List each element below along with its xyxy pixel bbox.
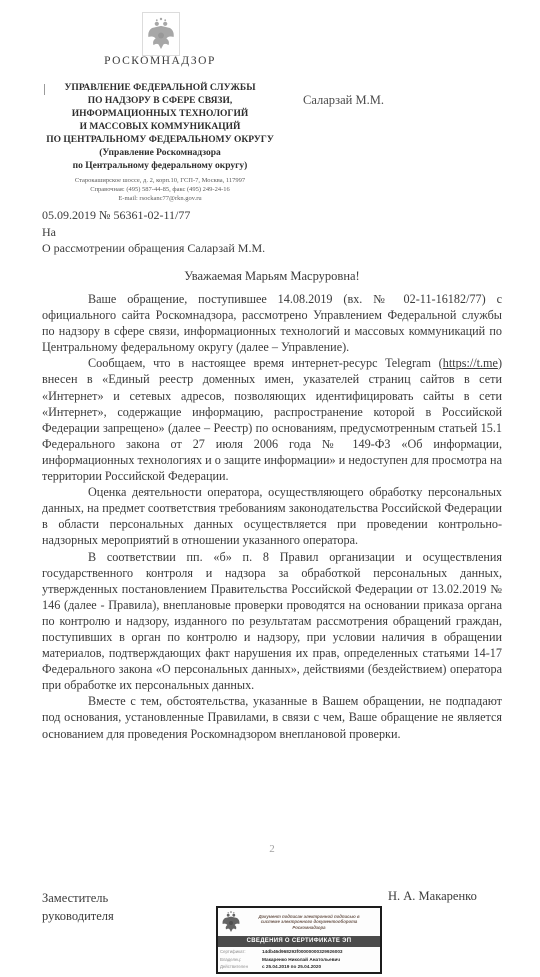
- address-line: Справочная: (495) 587-44-85, факс (495) …: [28, 185, 292, 194]
- department-line: ИНФОРМАЦИОННЫХ ТЕХНОЛОГИЙ: [28, 108, 292, 121]
- department-line: ПО НАДЗОРУ В СФЕРЕ СВЯЗИ,: [28, 95, 292, 108]
- stamp-row-value: 14db46d968293f00000000329926003: [262, 949, 378, 954]
- coat-of-arms-icon: [142, 12, 180, 56]
- address-line: E-mail: rsockanc77@rkn.gov.ru: [28, 194, 292, 203]
- department-line: ПО ЦЕНТРАЛЬНОМУ ФЕДЕРАЛЬНОМУ ОКРУГУ: [28, 134, 292, 147]
- signer-position: Заместитель руководителя: [42, 889, 114, 925]
- letter-body: Ваше обращение, поступившее 14.08.2019 (…: [42, 291, 502, 742]
- digital-signature-stamp: Документ подписан электронной подписью в…: [216, 906, 382, 974]
- agency-name: РОСКОМНАДЗОР: [35, 55, 285, 67]
- stamp-row-certificate: Сертификат: 14db46d968293f00000000329926…: [220, 948, 378, 956]
- stamp-row-validity: Действителен с 25.04.2019 по 25.04.2020: [220, 963, 378, 971]
- department-block: УПРАВЛЕНИЕ ФЕДЕРАЛЬНОЙ СЛУЖБЫ ПО НАДЗОРУ…: [28, 82, 292, 173]
- stamp-row-value: Макаренко Николай Анатольевич: [262, 957, 378, 962]
- stamp-row-owner: Владелец: Макаренко Николай Анатольевич: [220, 956, 378, 964]
- paragraph-text: ) внесен в «Единый реестр доменных имен,…: [42, 356, 502, 483]
- stamp-row-value: с 25.04.2019 по 25.04.2020: [262, 964, 378, 969]
- address-line: Старокаширское шоссе, д. 2, корп.10, ГСП…: [28, 176, 292, 185]
- page-number: 2: [42, 843, 502, 855]
- signer-position-line: Заместитель: [42, 889, 114, 907]
- stamp-coat-of-arms-icon: [221, 911, 241, 933]
- stamp-header-line: Роскомнадзора: [241, 925, 377, 930]
- stamp-header-text: Документ подписан электронной подписью в…: [241, 914, 377, 930]
- paragraph-text: Сообщаем, что в настоящее время интернет…: [88, 356, 443, 370]
- reply-to-line: На: [42, 224, 265, 241]
- stamp-band-title: СВЕДЕНИЯ О СЕРТИФИКАТЕ ЭП: [218, 936, 380, 947]
- recipient-name: Саларзай М.М.: [303, 93, 384, 108]
- department-line: (Управление Роскомнадзора: [28, 147, 292, 160]
- signer-name: Н. А. Макаренко: [388, 889, 502, 904]
- reference-block: 05.09.2019 № 56361-02-11/77 На О рассмот…: [42, 207, 265, 257]
- signer-position-line: руководителя: [42, 907, 114, 925]
- address-block: Старокаширское шоссе, д. 2, корп.10, ГСП…: [28, 176, 292, 203]
- salutation: Уважаемая Марьям Масруровна!: [42, 269, 502, 284]
- paragraph: Ваше обращение, поступившее 14.08.2019 (…: [42, 291, 502, 355]
- stamp-header-line: системе электронного документооборота: [241, 919, 377, 924]
- stamp-certificate-table: Сертификат: 14db46d968293f00000000329926…: [218, 947, 380, 972]
- telegram-url-link: https://t.me: [443, 356, 498, 370]
- stamp-row-label: Сертификат:: [220, 949, 262, 954]
- scanned-letter-page: РОСКОМНАДЗОР УПРАВЛЕНИЕ ФЕДЕРАЛЬНОЙ СЛУЖ…: [0, 0, 540, 977]
- department-line: УПРАВЛЕНИЕ ФЕДЕРАЛЬНОЙ СЛУЖБЫ: [28, 82, 292, 95]
- department-line: И МАССОВЫХ КОММУНИКАЦИЙ: [28, 121, 292, 134]
- paragraph: Сообщаем, что в настоящее время интернет…: [42, 355, 502, 484]
- stamp-row-label: Действителен: [220, 964, 262, 969]
- stamp-row-label: Владелец:: [220, 957, 262, 962]
- stamp-header: Документ подписан электронной подписью в…: [218, 908, 380, 936]
- paragraph: Оценка деятельности оператора, осуществл…: [42, 484, 502, 548]
- paragraph: В соответствии пп. «б» п. 8 Правил орган…: [42, 549, 502, 694]
- letter-date-number: 05.09.2019 № 56361-02-11/77: [42, 207, 265, 224]
- paragraph: Вместе с тем, обстоятельства, указанные …: [42, 693, 502, 741]
- letter-subject: О рассмотрении обращения Саларзай М.М.: [42, 240, 265, 257]
- department-line: по Центральному федеральному округу): [28, 160, 292, 173]
